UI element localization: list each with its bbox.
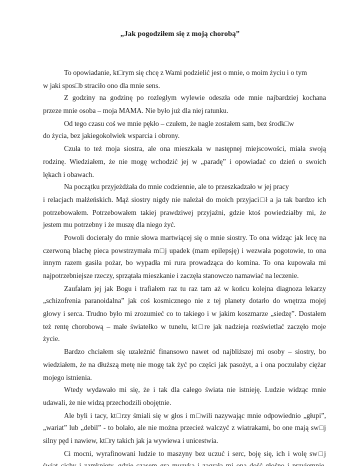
text-line: „schizofrenia paranoidalna” jak coś kosm… [43,295,326,308]
text-line: udawali, że nie widzą przechodzili oboję… [43,397,326,410]
text-line: przeze mnie osoba – moja MAMA. Nie było … [43,105,326,118]
document-page: „Jak pogodziłem się z moją chorobą” To o… [0,0,360,466]
text-line: Od tego czasu coś we mnie pękło – czułem… [43,118,326,131]
text-line: jestem mu potrzebny i że muszę dla niego… [43,219,326,232]
text-line: Z godziny na godzinę po rozległym wylewi… [43,92,326,105]
text-line: Powoli docierały do mnie słowa martwiące… [43,232,326,245]
text-line: też rentę chorobową – małe światełko w t… [43,321,326,334]
text-line: wiedziałem, że na dłuższą metę nie mogę … [43,359,326,372]
text-line: Ale byli i tacy, kt□rzy śmiali się w gło… [43,410,326,423]
document-title: „Jak pogodziłem się z moją chorobą” [0,29,360,38]
text-line: To opowiadanie, kt□rym się chcę z Wami p… [43,67,326,80]
text-line: Zaufałam jej jak Bogu i trafiałem raz tu… [43,283,326,296]
text-line: lękach i obawach. [43,169,326,182]
text-line: rodzinę. Wiedziałem, że nie mogę wchodzi… [43,156,326,169]
text-line: innym razem gasiła pożar, bo wypadła mi … [43,257,326,270]
text-line: Bardzo chciałem się uzależnić finansowo … [43,346,326,359]
document-body: To opowiadanie, kt□rym się chcę z Wami p… [43,67,326,466]
text-line: najpotrzebniejsze rzeczy, sprzątała mies… [43,270,326,283]
text-line: czerwoną blachę pieca powstrzymała m□j u… [43,245,326,258]
text-line: w jaki spos□b straciło ono dla mnie sens… [43,80,326,93]
text-line: głowy i serca. Trudno było mi zrozumieć … [43,308,326,321]
text-line: silny pęd i nawiew, kt□ry takich jak ja … [43,435,326,448]
text-line: potrzebowałem. Potrzebowałem takiej praw… [43,207,326,220]
text-line: Ci mocni, wyrafinowani ludzie to maszyny… [43,448,326,461]
text-line: Wtedy wydawało mi się, że i tak dla całe… [43,384,326,397]
text-line: Czuła to też moja siostra, ale ona miesz… [43,143,326,156]
text-line: Na początku przyjeżdżała do mnie codzien… [43,181,326,194]
text-line: „wariat” lub „debil” - to bolało, ale ni… [43,422,326,435]
text-line: do życia, bez jakiegokolwiek wsparcia i … [43,130,326,143]
text-line: życie. [43,333,326,346]
text-line: mojego istnienia. [43,372,326,385]
text-line: i relacjach małżeńskich. Mąż siostry nig… [43,194,326,207]
text-line: świat cichy i zamknięty, gdzie czasem gr… [43,460,326,466]
